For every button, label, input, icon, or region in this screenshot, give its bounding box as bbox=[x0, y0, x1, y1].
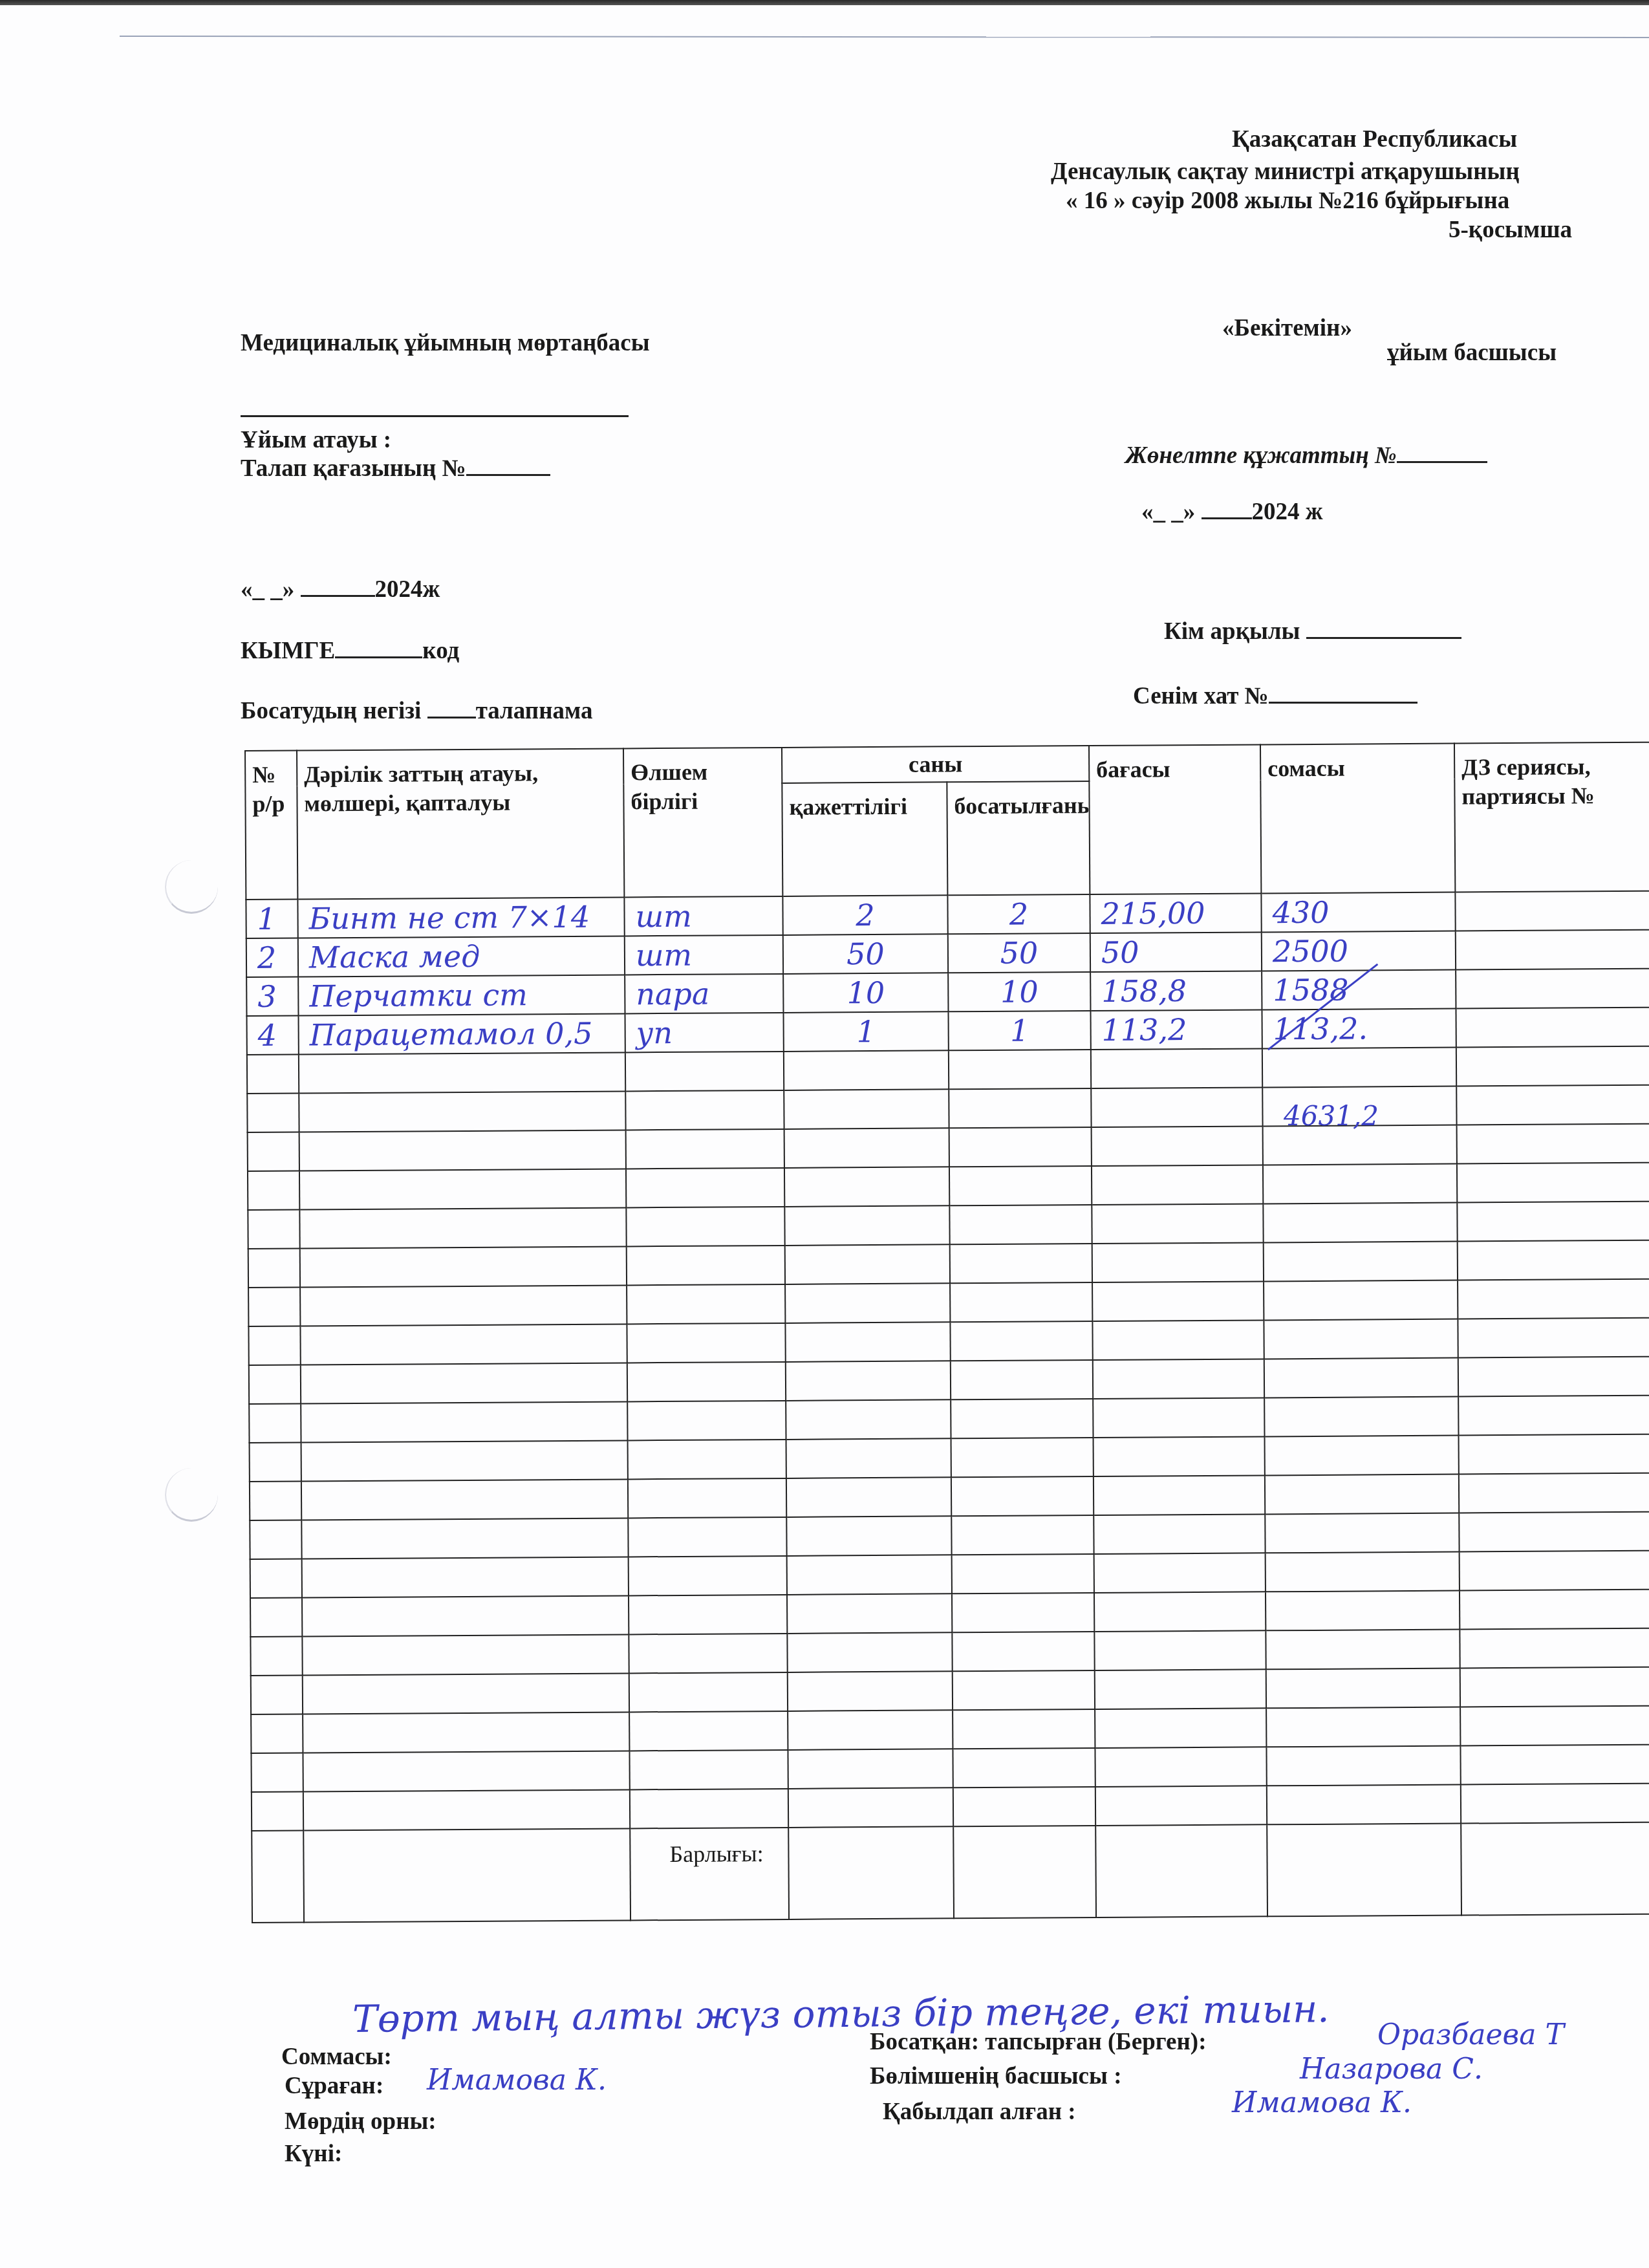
handwritten-value: Парацетамол 0,5 bbox=[310, 1016, 593, 1053]
cell-sum[interactable] bbox=[1265, 1436, 1459, 1476]
col-header-name: Дәрілік заттың атауы, мөлшері, қапталуы bbox=[297, 748, 624, 899]
basis-value: талапнама bbox=[476, 698, 593, 724]
handwritten-value: 158,8 bbox=[1101, 973, 1187, 1009]
cell-sum[interactable] bbox=[1264, 1397, 1458, 1437]
cell-name[interactable] bbox=[302, 1557, 629, 1597]
cell-name[interactable] bbox=[300, 1324, 627, 1365]
cell-unit[interactable] bbox=[629, 1750, 788, 1789]
cell-required[interactable] bbox=[784, 1205, 949, 1246]
cell-series[interactable] bbox=[1456, 1008, 1649, 1048]
cell-required[interactable] bbox=[785, 1283, 950, 1323]
cell-sum[interactable] bbox=[1264, 1280, 1458, 1321]
cell-name[interactable]: Перчатки ст bbox=[298, 975, 625, 1015]
basis-blank[interactable] bbox=[427, 697, 476, 718]
cell-no[interactable]: 3 bbox=[246, 977, 298, 1015]
handwritten-value: 113,2. bbox=[1273, 1011, 1368, 1046]
cell-no[interactable] bbox=[250, 1481, 301, 1520]
basis-label: Босатудың негізі bbox=[241, 698, 421, 724]
handwritten-value: 1 bbox=[1010, 1013, 1029, 1048]
cell-price[interactable] bbox=[1094, 1553, 1266, 1593]
punch-hole-mark bbox=[165, 1468, 218, 1522]
scan-artifact-line bbox=[120, 36, 1649, 38]
cell-sum[interactable] bbox=[1266, 1552, 1460, 1592]
cell-released[interactable] bbox=[949, 1127, 1092, 1167]
header-line: 5-қосымша bbox=[1449, 217, 1572, 244]
cell-no[interactable] bbox=[250, 1442, 301, 1481]
date-year: 2024 ж bbox=[1252, 499, 1323, 525]
cell-price[interactable] bbox=[1095, 1669, 1266, 1709]
cell-sum[interactable] bbox=[1262, 1048, 1456, 1088]
cell-no[interactable] bbox=[248, 1209, 299, 1248]
handwritten-value: шт bbox=[636, 938, 693, 973]
cell-series[interactable] bbox=[1455, 891, 1649, 931]
cell-series[interactable] bbox=[1458, 1279, 1649, 1319]
cell-released[interactable] bbox=[950, 1282, 1092, 1322]
cell-series[interactable] bbox=[1460, 1745, 1649, 1785]
cell-released[interactable]: 50 bbox=[948, 933, 1090, 973]
col-header-quantity: саны bbox=[782, 746, 1089, 783]
proxy-label: Сенім хат № bbox=[1133, 683, 1269, 709]
cell-required[interactable] bbox=[788, 1710, 953, 1750]
cell-unit[interactable] bbox=[629, 1595, 787, 1634]
date-day-blank[interactable]: «_ _» bbox=[1141, 499, 1195, 525]
cell-no[interactable] bbox=[252, 1791, 303, 1830]
handwritten-value: 2 bbox=[1009, 897, 1029, 932]
cell-unit[interactable] bbox=[625, 1052, 784, 1091]
shipping-doc-label: Жөнелтпе құжаттың № bbox=[1125, 442, 1397, 469]
cell-sum[interactable] bbox=[1266, 1707, 1460, 1747]
cell-unit[interactable]: Барлығы: bbox=[630, 1828, 789, 1920]
recipient-label: КЫМГЕ bbox=[241, 638, 335, 664]
col-header-series: ДЗ сериясы, партиясы № bbox=[1454, 742, 1649, 892]
cell-price[interactable] bbox=[1094, 1475, 1265, 1515]
cell-price[interactable] bbox=[1091, 1048, 1262, 1088]
handwritten-value: Бинт не ст 7×14 bbox=[308, 900, 590, 936]
cell-name[interactable]: Бинт не ст 7×14 bbox=[297, 897, 624, 938]
recipient-blank[interactable] bbox=[335, 637, 422, 658]
cell-unit[interactable] bbox=[629, 1672, 788, 1712]
handwritten-value: уп bbox=[636, 1015, 673, 1050]
cell-series[interactable] bbox=[1460, 1551, 1649, 1591]
cell-sum[interactable]: 1588 bbox=[1262, 970, 1456, 1010]
cell-sum[interactable]: 113,2. bbox=[1262, 1009, 1456, 1049]
cell-sum[interactable] bbox=[1264, 1242, 1458, 1282]
cell-released[interactable]: 1 bbox=[948, 1011, 1090, 1050]
cell-unit[interactable] bbox=[626, 1129, 784, 1169]
cell-price[interactable] bbox=[1094, 1514, 1265, 1554]
cell-name[interactable] bbox=[301, 1479, 628, 1520]
date-month-blank[interactable] bbox=[1202, 498, 1252, 519]
request-number-label: Талап қағазының № bbox=[241, 455, 466, 482]
handwritten-value: 215,00 bbox=[1101, 896, 1205, 931]
cell-unit[interactable] bbox=[627, 1323, 785, 1363]
cell-released[interactable] bbox=[950, 1321, 1092, 1361]
cell-required[interactable] bbox=[787, 1632, 952, 1672]
cell-sum[interactable] bbox=[1266, 1630, 1460, 1670]
cell-released[interactable] bbox=[949, 1166, 1092, 1205]
cell-released[interactable] bbox=[949, 1088, 1091, 1128]
table-body: 1Бинт не ст 7×14шт22215,004302Маска медш… bbox=[246, 891, 1649, 1923]
cell-name[interactable] bbox=[299, 1207, 626, 1248]
handwritten-value: 50 bbox=[1000, 936, 1039, 971]
handwritten-value: 430 bbox=[1272, 895, 1329, 931]
cell-released[interactable] bbox=[951, 1360, 1093, 1399]
handwritten-value: 2 bbox=[257, 940, 277, 975]
cell-no[interactable]: 1 bbox=[246, 900, 297, 938]
cell-name[interactable] bbox=[301, 1440, 628, 1481]
cell-no[interactable] bbox=[250, 1597, 302, 1636]
cell-price[interactable] bbox=[1091, 1087, 1262, 1127]
cell-series[interactable] bbox=[1459, 1434, 1649, 1474]
stamp-underline bbox=[241, 415, 629, 417]
cell-required[interactable] bbox=[786, 1399, 951, 1440]
recipient-code-field[interactable]: КЫМГЕкод bbox=[241, 637, 459, 665]
cell-no[interactable] bbox=[248, 1248, 300, 1287]
header-line: Денсаулық сақтау министрі атқарушының bbox=[1051, 158, 1520, 186]
cell-sum[interactable] bbox=[1264, 1319, 1458, 1359]
cell-unit[interactable]: пара bbox=[625, 974, 783, 1013]
request-number-blank[interactable] bbox=[466, 455, 550, 476]
cell-released[interactable] bbox=[953, 1709, 1095, 1749]
cell-released[interactable] bbox=[951, 1399, 1093, 1438]
cell-unit[interactable] bbox=[627, 1284, 785, 1324]
cell-unit[interactable] bbox=[627, 1362, 786, 1401]
cell-unit[interactable] bbox=[627, 1401, 786, 1440]
shipping-doc-field[interactable]: Жөнелтпе құжаттың № bbox=[1125, 442, 1487, 470]
cell-price[interactable] bbox=[1092, 1165, 1263, 1205]
scan-edge bbox=[0, 0, 1649, 5]
requested-signature[interactable]: Имамова К. bbox=[427, 2066, 607, 2095]
cell-name[interactable] bbox=[303, 1712, 629, 1753]
cell-released[interactable] bbox=[950, 1244, 1092, 1283]
cell-name[interactable]: Парацетамол 0,5 bbox=[299, 1013, 625, 1054]
cell-sum[interactable] bbox=[1263, 1203, 1457, 1243]
cell-released[interactable]: 10 bbox=[948, 972, 1090, 1011]
cell-required[interactable] bbox=[786, 1361, 951, 1401]
cell-name[interactable] bbox=[303, 1673, 629, 1714]
cell-no[interactable] bbox=[247, 1054, 299, 1093]
requested-label: Сұраған: bbox=[285, 2073, 383, 2101]
cell-released[interactable] bbox=[952, 1593, 1094, 1632]
cell-no[interactable] bbox=[249, 1403, 301, 1442]
cell-required[interactable] bbox=[785, 1244, 950, 1284]
header-line: « 16 » сәуір 2008 жылы №216 бұйрығына bbox=[1066, 188, 1509, 215]
cell-series[interactable] bbox=[1456, 969, 1649, 1009]
cell-released[interactable] bbox=[953, 1826, 1096, 1918]
col-header-no: № р/р bbox=[245, 751, 297, 900]
cell-price[interactable] bbox=[1092, 1320, 1264, 1360]
cell-no[interactable] bbox=[248, 1171, 299, 1209]
handwritten-value: 10 bbox=[846, 975, 885, 1010]
cell-sum[interactable] bbox=[1266, 1591, 1460, 1631]
cell-no[interactable] bbox=[248, 1287, 300, 1326]
cell-required[interactable] bbox=[788, 1826, 954, 1919]
cell-price[interactable] bbox=[1094, 1592, 1266, 1632]
cell-required[interactable] bbox=[787, 1555, 952, 1595]
cell-sum[interactable] bbox=[1263, 1164, 1457, 1204]
proxy-blank[interactable] bbox=[1269, 682, 1417, 704]
cell-unit[interactable]: шт bbox=[624, 896, 782, 936]
cell-released[interactable] bbox=[952, 1632, 1094, 1671]
cell-series[interactable] bbox=[1461, 1784, 1649, 1824]
cell-unit[interactable] bbox=[628, 1478, 786, 1518]
header-line: Қазақсатан Республикасы bbox=[1232, 126, 1517, 154]
handwritten-value: 2500 bbox=[1273, 934, 1348, 969]
date-day-blank[interactable]: «_ _» bbox=[241, 576, 294, 603]
cell-no[interactable]: 4 bbox=[247, 1015, 299, 1054]
cell-sum[interactable]: 2500 bbox=[1262, 931, 1456, 971]
cell-name[interactable] bbox=[302, 1595, 629, 1636]
cell-price[interactable] bbox=[1095, 1824, 1267, 1917]
cell-no[interactable] bbox=[252, 1830, 304, 1922]
cell-released[interactable] bbox=[949, 1205, 1092, 1244]
received-by-signature[interactable]: Имамова К. bbox=[1232, 2089, 1412, 2117]
cell-name[interactable] bbox=[299, 1052, 625, 1093]
handwritten-value: 1588 bbox=[1273, 973, 1348, 1008]
cell-unit[interactable] bbox=[629, 1634, 787, 1673]
cell-series[interactable] bbox=[1458, 1240, 1649, 1280]
cell-series[interactable] bbox=[1459, 1512, 1649, 1552]
cell-price[interactable] bbox=[1095, 1786, 1267, 1826]
handwritten-value: Маска мед bbox=[309, 939, 480, 975]
cell-no[interactable] bbox=[251, 1714, 303, 1753]
cell-series[interactable] bbox=[1460, 1706, 1649, 1746]
col-header-sum: сомасы bbox=[1260, 744, 1455, 894]
cell-name[interactable] bbox=[303, 1789, 630, 1830]
via-field[interactable]: Кім арқылы bbox=[1164, 618, 1461, 646]
cell-unit[interactable] bbox=[625, 1090, 784, 1130]
cell-unit[interactable] bbox=[629, 1711, 788, 1751]
cell-required[interactable] bbox=[787, 1593, 952, 1634]
release-basis-field[interactable]: Босатудың негізі талапнама bbox=[241, 697, 592, 726]
dept-head-label: Бөлімшенің басшысы : bbox=[870, 2063, 1121, 2091]
handwritten-value: 50 bbox=[846, 936, 885, 971]
handwritten-value: Перчатки ст bbox=[309, 977, 528, 1013]
cell-series[interactable] bbox=[1460, 1667, 1649, 1707]
date-label: Күні: bbox=[285, 2141, 342, 2168]
handwritten-value: 3 bbox=[257, 979, 277, 1014]
col-header-required: қажеттілігі bbox=[782, 782, 947, 896]
cell-series[interactable] bbox=[1460, 1628, 1649, 1669]
cell-series[interactable] bbox=[1459, 1473, 1649, 1513]
cell-unit[interactable] bbox=[626, 1168, 784, 1207]
stamp-label: Медициналық ұйымның мөртаңбасы bbox=[241, 330, 650, 358]
handwritten-value: 2 bbox=[856, 898, 875, 933]
cell-required[interactable]: 2 bbox=[782, 895, 947, 935]
sum-label: Соммасы: bbox=[281, 2044, 392, 2071]
cell-required[interactable]: 50 bbox=[783, 934, 948, 974]
cell-price[interactable] bbox=[1092, 1281, 1264, 1321]
cell-released[interactable] bbox=[953, 1748, 1095, 1787]
cell-released[interactable] bbox=[951, 1515, 1094, 1555]
cell-series[interactable] bbox=[1458, 1396, 1649, 1436]
cell-released[interactable]: 2 bbox=[947, 894, 1090, 934]
table-total-row: Барлығы: bbox=[252, 1822, 1649, 1923]
cell-required[interactable] bbox=[784, 1167, 949, 1207]
handwritten-value: 1 bbox=[856, 1014, 876, 1049]
cell-no[interactable]: 2 bbox=[246, 938, 298, 977]
cell-required[interactable] bbox=[786, 1438, 951, 1478]
cell-unit[interactable]: уп bbox=[625, 1013, 783, 1052]
col-header-price: бағасы bbox=[1089, 744, 1261, 894]
cell-name[interactable] bbox=[299, 1091, 625, 1132]
cell-unit[interactable] bbox=[630, 1789, 788, 1828]
cell-name[interactable] bbox=[303, 1751, 629, 1791]
cell-price[interactable]: 50 bbox=[1090, 932, 1262, 972]
cell-unit[interactable] bbox=[628, 1440, 786, 1479]
cell-name[interactable] bbox=[300, 1285, 627, 1326]
cell-unit[interactable] bbox=[626, 1207, 784, 1246]
cell-sum[interactable] bbox=[1265, 1474, 1459, 1515]
proxy-field[interactable]: Сенім хат № bbox=[1133, 682, 1417, 711]
total-label: Барлығы: bbox=[669, 1840, 764, 1868]
handwritten-value: 4 bbox=[258, 1018, 277, 1053]
cell-required[interactable] bbox=[786, 1516, 951, 1556]
cell-series[interactable] bbox=[1457, 1202, 1649, 1242]
left-date-field[interactable]: «_ _» 2024ж bbox=[241, 576, 440, 604]
received-by-label: Қабылдап алған : bbox=[883, 2099, 1076, 2126]
punch-hole-mark bbox=[165, 860, 218, 914]
cell-series[interactable] bbox=[1456, 1085, 1649, 1125]
cell-name[interactable] bbox=[301, 1401, 627, 1442]
handwritten-total: 4631,2 bbox=[1284, 1103, 1379, 1130]
cell-sum[interactable]: 430 bbox=[1261, 892, 1455, 933]
cell-name[interactable] bbox=[299, 1169, 626, 1209]
cell-no[interactable] bbox=[249, 1365, 301, 1403]
cell-sum[interactable] bbox=[1266, 1746, 1460, 1786]
col-header-released: босатылғаны bbox=[947, 781, 1090, 895]
handwritten-value: шт bbox=[635, 899, 692, 934]
cell-price[interactable] bbox=[1095, 1708, 1266, 1748]
cell-series[interactable] bbox=[1461, 1822, 1649, 1916]
cell-released[interactable] bbox=[951, 1438, 1094, 1477]
cell-sum[interactable] bbox=[1264, 1358, 1458, 1398]
cell-price[interactable] bbox=[1093, 1359, 1264, 1399]
cell-no[interactable] bbox=[250, 1520, 301, 1559]
released-by-signature[interactable]: Оразбаева Т bbox=[1377, 2021, 1564, 2049]
request-number-field[interactable]: Талап қағазының № bbox=[241, 455, 550, 483]
cell-series[interactable] bbox=[1458, 1318, 1649, 1358]
cell-released[interactable] bbox=[952, 1554, 1094, 1593]
cell-sum[interactable] bbox=[1265, 1513, 1459, 1553]
cell-name[interactable] bbox=[303, 1828, 630, 1922]
cell-series[interactable] bbox=[1460, 1590, 1649, 1630]
cell-price[interactable] bbox=[1094, 1630, 1266, 1670]
cell-name[interactable] bbox=[299, 1130, 626, 1171]
cell-sum[interactable] bbox=[1266, 1669, 1460, 1709]
cell-unit[interactable] bbox=[629, 1556, 787, 1595]
cell-required[interactable]: 10 bbox=[783, 973, 948, 1013]
handwritten-value: 50 bbox=[1101, 935, 1139, 970]
approve-label: «Бекітемін» bbox=[1222, 315, 1352, 343]
code-label: код bbox=[422, 638, 459, 664]
cell-series[interactable] bbox=[1457, 1124, 1649, 1164]
shipping-doc-blank[interactable] bbox=[1397, 442, 1487, 463]
cell-name[interactable] bbox=[302, 1634, 629, 1675]
org-head-label: ұйым басшысы bbox=[1387, 340, 1557, 367]
cell-series[interactable] bbox=[1456, 1046, 1649, 1086]
cell-no[interactable] bbox=[248, 1326, 300, 1365]
handwritten-value: 113,2 bbox=[1102, 1012, 1187, 1048]
cell-name[interactable] bbox=[300, 1246, 627, 1287]
cell-required[interactable] bbox=[788, 1787, 953, 1828]
cell-required[interactable] bbox=[786, 1477, 951, 1517]
cell-price[interactable]: 215,00 bbox=[1090, 893, 1261, 933]
via-blank[interactable] bbox=[1306, 618, 1461, 639]
cell-released[interactable] bbox=[953, 1787, 1095, 1826]
cell-required[interactable] bbox=[784, 1128, 949, 1168]
org-name-label[interactable]: Ұйым атауы : bbox=[241, 427, 391, 455]
cell-unit[interactable]: шт bbox=[625, 935, 783, 975]
cell-unit[interactable] bbox=[628, 1517, 786, 1557]
date-year: 2024ж bbox=[375, 576, 440, 603]
seal-place-label: Мөрдің орны: bbox=[285, 2108, 436, 2136]
cell-no[interactable] bbox=[248, 1132, 299, 1171]
dept-head-signature[interactable]: Назарова С. bbox=[1300, 2055, 1483, 2084]
col-header-unit: Өлшем бірлігі bbox=[623, 748, 782, 897]
cell-name[interactable] bbox=[301, 1363, 627, 1403]
cell-sum[interactable] bbox=[1267, 1785, 1461, 1825]
via-label: Кім арқылы bbox=[1164, 618, 1300, 645]
handwritten-value: 10 bbox=[1000, 975, 1039, 1010]
cell-name[interactable]: Маска мед bbox=[298, 936, 625, 977]
cell-sum[interactable] bbox=[1267, 1824, 1461, 1917]
handwritten-value: пара bbox=[636, 977, 709, 1012]
cell-series[interactable] bbox=[1457, 1163, 1649, 1203]
cell-released[interactable] bbox=[951, 1476, 1094, 1516]
cell-no[interactable] bbox=[250, 1559, 302, 1597]
cell-unit[interactable] bbox=[627, 1246, 785, 1285]
right-date-field[interactable]: «_ _» 2024 ж bbox=[1141, 498, 1323, 526]
cell-price[interactable]: 158,8 bbox=[1090, 971, 1262, 1011]
cell-price[interactable] bbox=[1095, 1747, 1266, 1787]
cell-no[interactable] bbox=[251, 1675, 303, 1714]
cell-price[interactable] bbox=[1092, 1204, 1263, 1244]
cell-name[interactable] bbox=[301, 1518, 628, 1559]
handwritten-value: 1 bbox=[257, 902, 276, 936]
cell-price[interactable] bbox=[1092, 1242, 1264, 1282]
cell-required[interactable] bbox=[785, 1322, 950, 1362]
cell-price[interactable] bbox=[1092, 1126, 1263, 1166]
released-by-label: Босатқан: тапсырған (Берген): bbox=[870, 2029, 1206, 2057]
cell-required[interactable]: 1 bbox=[783, 1011, 948, 1052]
cell-no[interactable] bbox=[250, 1636, 302, 1675]
cell-no[interactable] bbox=[247, 1093, 299, 1132]
cell-released[interactable] bbox=[949, 1050, 1091, 1089]
cell-required[interactable] bbox=[788, 1671, 953, 1711]
cell-required[interactable] bbox=[784, 1089, 949, 1129]
cell-no[interactable] bbox=[251, 1753, 303, 1791]
date-month-blank[interactable] bbox=[301, 576, 375, 597]
cell-price[interactable]: 113,2 bbox=[1090, 1010, 1262, 1050]
cell-price[interactable] bbox=[1093, 1398, 1264, 1438]
cell-released[interactable] bbox=[953, 1670, 1095, 1710]
cell-required[interactable] bbox=[788, 1749, 953, 1789]
cell-series[interactable] bbox=[1458, 1357, 1649, 1397]
medication-table: № р/р Дәрілік заттың атауы, мөлшері, қап… bbox=[244, 742, 1649, 1923]
cell-series[interactable] bbox=[1456, 930, 1649, 970]
cell-price[interactable] bbox=[1094, 1436, 1265, 1476]
cell-required[interactable] bbox=[784, 1050, 949, 1090]
